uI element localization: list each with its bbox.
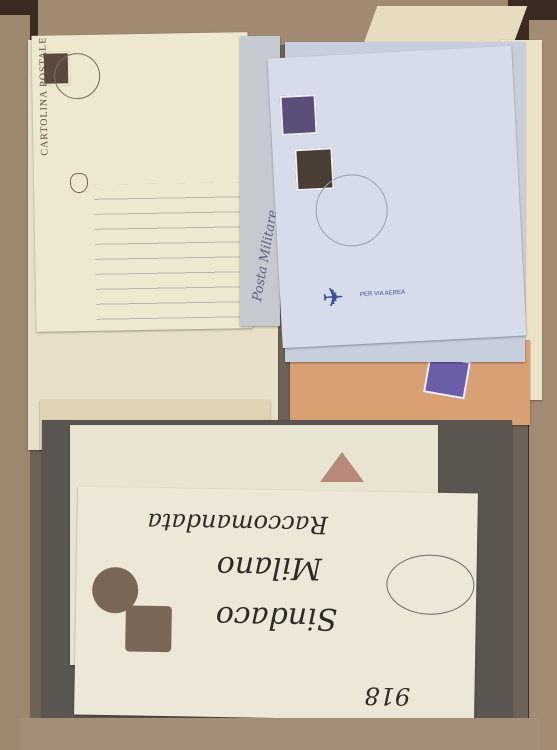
envelope-number: 918 [364,682,410,711]
front-envelope: Raccomandata Milano Sindaco 918 [74,487,478,722]
oval-postmark [386,554,475,616]
airmail-stamp-violet [280,94,318,136]
airmail-envelope: ✈ PER VIA AEREA [268,46,527,348]
airmail-label: PER VIA AEREA [360,290,405,298]
handwriting-lines [94,182,246,325]
triangle-stamp [320,452,364,482]
handwriting-line: Raccomandata [147,508,328,539]
brown-stamp [125,605,172,652]
box-front-wall [20,718,540,750]
postcard: CARTOLINA POSTALE [31,32,252,332]
photo-scene: CARTOLINA POSTALE Posta Militare ✈ PER V… [0,0,557,750]
postmark [54,53,101,100]
airplane-icon: ✈ [321,283,344,314]
box-left-wall [0,15,30,750]
handwriting-line: Milano [216,549,322,586]
handwriting-line: Sindaco [215,599,337,636]
postcard-label: CARTOLINA POSTALE [37,37,50,156]
crest-icon [70,173,88,193]
